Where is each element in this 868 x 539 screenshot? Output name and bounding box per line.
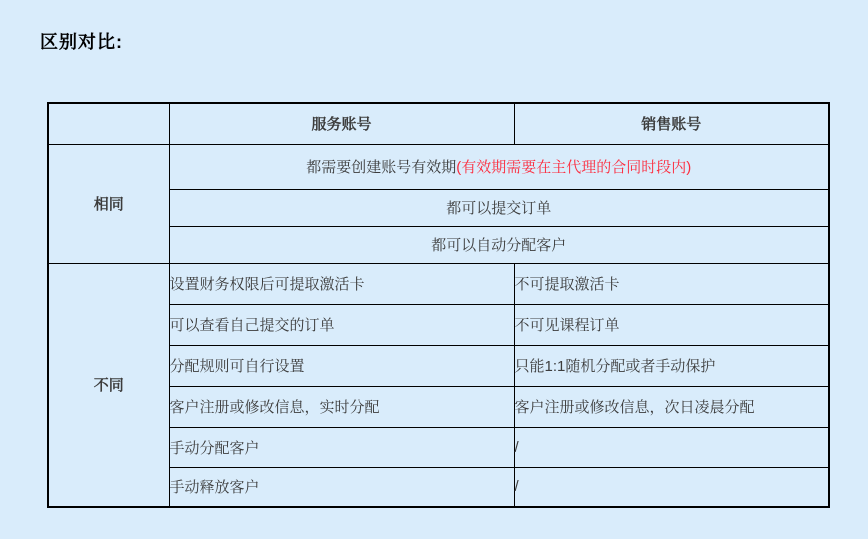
same-row-validity-red-note: (有效期需要在主代理的合同时段内) (456, 159, 691, 176)
diff-sales-cell: / (514, 467, 829, 507)
same-row-auto-assign-cell: 都可以自动分配客户 (169, 226, 829, 263)
diff-sales-cell: 只能1:1随机分配或者手动保护 (514, 345, 829, 386)
table-header-row: 服务账号 销售账号 (48, 103, 829, 144)
same-row-validity-text: 都需要创建账号有效期 (306, 159, 456, 176)
same-row-validity-cell: 都需要创建账号有效期(有效期需要在主代理的合同时段内) (169, 144, 829, 189)
row-group-label-different: 不同 (48, 263, 169, 507)
diff-service-cell: 可以查看自己提交的订单 (169, 304, 514, 345)
diff-service-cell: 手动释放客户 (169, 467, 514, 507)
column-header-sales-account: 销售账号 (514, 103, 829, 144)
corner-cell (48, 103, 169, 144)
column-header-service-account: 服务账号 (169, 103, 514, 144)
diff-service-cell: 手动分配客户 (169, 427, 514, 467)
table-row: 不同 设置财务权限后可提取激活卡 不可提取激活卡 (48, 263, 829, 304)
row-group-label-same: 相同 (48, 144, 169, 263)
diff-sales-cell: 不可提取激活卡 (514, 263, 829, 304)
page-title: 区别对比: (40, 28, 123, 54)
diff-sales-cell: 不可见课程订单 (514, 304, 829, 345)
same-row-submit-orders-cell: 都可以提交订单 (169, 189, 829, 226)
diff-service-cell: 客户注册或修改信息，实时分配 (169, 386, 514, 427)
diff-sales-cell: / (514, 427, 829, 467)
table-row: 相同 都需要创建账号有效期(有效期需要在主代理的合同时段内) (48, 144, 829, 189)
comparison-table: 服务账号 销售账号 相同 都需要创建账号有效期(有效期需要在主代理的合同时段内)… (47, 102, 830, 508)
diff-sales-cell: 客户注册或修改信息，次日凌晨分配 (514, 386, 829, 427)
diff-service-cell: 分配规则可自行设置 (169, 345, 514, 386)
diff-service-cell: 设置财务权限后可提取激活卡 (169, 263, 514, 304)
